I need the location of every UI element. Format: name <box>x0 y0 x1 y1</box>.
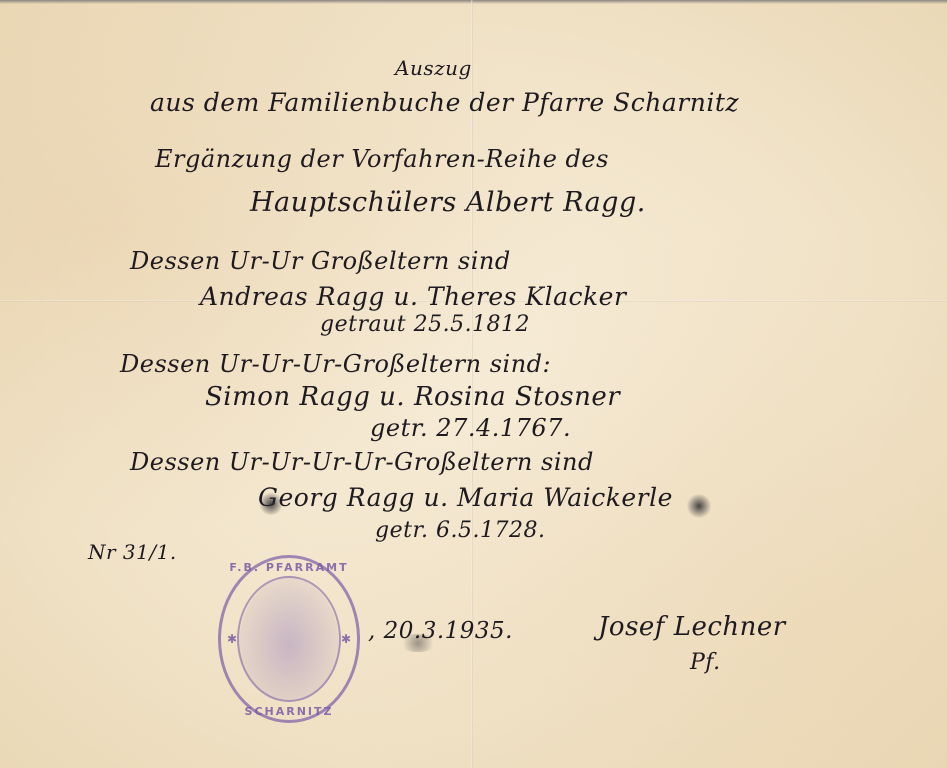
stamp-emblem-icon <box>237 576 341 702</box>
section3-married: getr. 6.5.1728. <box>375 518 546 543</box>
paper-top-edge <box>0 0 947 4</box>
document-date: , 20.3.1935. <box>368 618 513 644</box>
ink-blot <box>258 493 284 515</box>
parish-stamp: F.B. PFARRAMT ✱ ✱ SCHARNITZ <box>218 555 360 723</box>
reference-number: Nr 31/1. <box>88 540 177 564</box>
section1-married: getraut 25.5.1812 <box>320 312 530 337</box>
stamp-top-text: F.B. PFARRAMT <box>218 561 360 574</box>
section3-names: Georg Ragg u. Maria Waickerle <box>258 483 673 512</box>
signature: Josef Lechner <box>598 612 786 642</box>
signature-title: Pf. <box>690 650 721 675</box>
document-title: Auszug <box>395 56 472 80</box>
section2-names: Simon Ragg u. Rosina Stosner <box>205 382 620 412</box>
section3-heading: Dessen Ur-Ur-Ur-Ur-Großeltern sind <box>130 448 594 476</box>
purpose-line-1: Ergänzung der Vorfahren-Reihe des <box>155 145 609 173</box>
ink-blot <box>686 494 712 518</box>
star-icon: ✱ <box>227 632 237 646</box>
document-page: Auszug aus dem Familienbuche der Pfarre … <box>0 0 947 768</box>
section1-names: Andreas Ragg u. Theres Klacker <box>200 282 626 311</box>
section2-married: getr. 27.4.1767. <box>370 414 571 442</box>
purpose-line-2: Hauptschülers Albert Ragg. <box>250 187 646 218</box>
section1-heading: Dessen Ur-Ur Großeltern sind <box>130 247 511 275</box>
section2-heading: Dessen Ur-Ur-Ur-Großeltern sind: <box>120 350 551 378</box>
document-subtitle: aus dem Familienbuche der Pfarre Scharni… <box>150 88 739 117</box>
stamp-bottom-text: SCHARNITZ <box>218 705 360 718</box>
star-icon: ✱ <box>341 632 351 646</box>
